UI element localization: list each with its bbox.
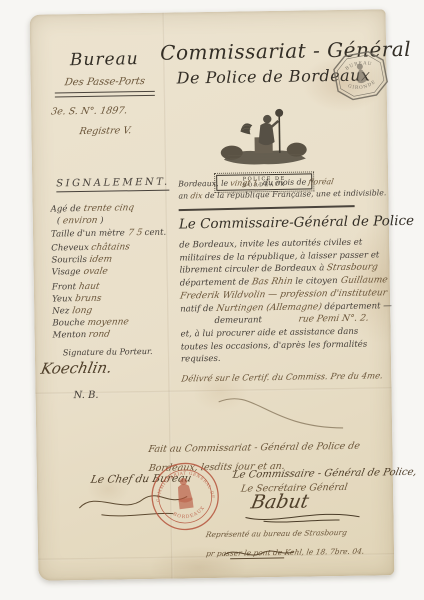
register-note: Registre V.: [79, 125, 133, 137]
row-suffix: cent.: [145, 228, 167, 238]
police-allegory-engraving-icon: [217, 106, 310, 167]
signalement-row-front: Front haut: [52, 282, 100, 293]
delivrance-note-handwritten: Délivré sur le Certif. du Commiss. Pre d…: [181, 371, 384, 384]
octagonal-ink-stamp: BUREAU GIRONDE: [330, 47, 392, 104]
body-line-1: de Bordeaux, invite les autorités civile…: [179, 238, 362, 251]
body-line-3: librement circuler de Bordeaux à: [180, 264, 325, 276]
body-heading: Le Commissaire-Général de Police: [179, 213, 393, 232]
address-handwritten: rue Pemi N°. 2.: [264, 313, 370, 327]
signalement-row-cheveux: Cheveux châtains: [51, 242, 130, 253]
row-suffix: ): [100, 216, 104, 226]
signalement-row-sourcils: Sourcils idem: [51, 255, 112, 266]
row-label: Nez: [52, 306, 69, 316]
dateline-line2: an dix de la république Française, une e…: [178, 187, 390, 202]
row-value-handwritten: haut: [78, 282, 100, 292]
firstname-handwritten: Guillaume: [339, 274, 388, 287]
porteur-signature-label: Signature du Porteur.: [63, 346, 153, 357]
document-paper: Bureau Des Passe-Ports 3e. S. N°. 1897. …: [30, 9, 395, 581]
row-value-handwritten: ovale: [82, 267, 108, 277]
dateline-prefix: Bordeaux, le: [178, 179, 228, 189]
row-value-handwritten: environ: [62, 216, 98, 227]
natif-label: natif de: [180, 303, 214, 314]
row-label: Cheveux: [51, 243, 89, 254]
row-value-handwritten: idem: [89, 255, 113, 265]
octagon-stamp-top-text: BUREAU: [344, 58, 374, 72]
row-label: Visage: [52, 267, 81, 277]
row-value-handwritten: 7 5: [127, 228, 143, 238]
endorsement-line-1: Représenté au bureau de Strasbourg: [205, 528, 348, 540]
section-divider-rule: [179, 205, 355, 211]
dateline-year-handwritten: dix: [190, 190, 204, 202]
dateline-mid: du mois de: [263, 178, 306, 188]
dateline-day-handwritten: vingt 1.: [230, 177, 262, 190]
departement-label: département —: [324, 301, 392, 312]
porteur-signature-handwritten: Koechlin.: [39, 359, 113, 378]
fait-line-1: Fait au Commissariat - Général de Police…: [147, 440, 361, 456]
signalement-row-taille: Taille d'un mètre 7 5 cent.: [51, 228, 166, 240]
departement-handwritten: Bas Rhin: [251, 276, 294, 289]
dateline-block: Bordeaux, le vingt 1. du mois de floréal…: [178, 175, 390, 202]
row-value-handwritten: long: [71, 306, 92, 316]
nota-bene-label: N. B.: [73, 390, 98, 401]
svg-text:BUREAU: BUREAU: [344, 58, 374, 72]
row-label: Yeux: [52, 294, 73, 304]
citoyen-label: le citoyen: [295, 276, 337, 287]
photo-background: Bureau Des Passe-Ports 3e. S. N°. 1897. …: [0, 0, 424, 600]
signalement-row-visage: Visage ovale: [52, 267, 108, 278]
dateline-an-label: an: [178, 191, 188, 200]
row-value-handwritten: châtains: [91, 242, 131, 253]
reference-number: 3e. S. N°. 1897.: [50, 105, 128, 117]
signalement-row-paren: ( environ ): [57, 216, 104, 227]
body-line-9: toutes les occasions, d'après les formal…: [181, 339, 368, 352]
row-label: Front: [52, 282, 76, 292]
pen-flourish-icon: [211, 392, 352, 436]
body-line-4: département de: [180, 278, 250, 289]
body-line-10: requises.: [181, 354, 221, 365]
octagon-stamp-icon: BUREAU GIRONDE: [330, 47, 392, 104]
commissaire-general-label: Le Commissaire - Général de Police,: [232, 467, 418, 481]
signalement-row-age: Agé de trente cinq: [51, 203, 134, 214]
row-label: (: [57, 216, 61, 226]
row-label: Sourcils: [51, 255, 87, 266]
bureau-underline: [55, 91, 155, 98]
row-value-handwritten: trente cinq: [83, 203, 135, 214]
dateline-suffix: de la république Française, une et indiv…: [205, 188, 386, 200]
signalement-row-yeux: Yeux bruns: [52, 294, 102, 305]
row-value-handwritten: rond: [88, 330, 111, 340]
signalement-heading: SIGNALEMENT.: [56, 177, 170, 193]
row-label: Agé de: [51, 204, 81, 214]
body-text-block: Le Commissaire-Général de Police de Bord…: [179, 213, 396, 385]
bureau-title: Bureau: [48, 49, 160, 71]
profession-handwritten: profession d'instituteur: [279, 287, 388, 301]
row-label: Taille d'un mètre: [51, 228, 125, 239]
body-line-8: et, à lui procurer aide et assistance da…: [181, 327, 359, 340]
bureau-subtitle: Des Passe-Ports: [64, 76, 146, 88]
signalement-row-bouche: Bouche moyenne: [52, 317, 129, 328]
demeurant-label: demeurant: [214, 315, 262, 326]
surname-handwritten: Frederik Wildvolin —: [179, 289, 278, 303]
signalement-row-nez: Nez long: [52, 306, 92, 317]
row-label: Menton: [53, 330, 87, 341]
row-label: Bouche: [52, 318, 85, 329]
row-value-handwritten: moyenne: [87, 317, 130, 328]
endorsement-signature-flourish: [220, 545, 300, 564]
signalement-row-menton: Menton rond: [53, 330, 111, 341]
row-value-handwritten: bruns: [74, 294, 102, 304]
destination-handwritten: Strasbourg: [326, 262, 379, 276]
bureau-block: Bureau Des Passe-Ports: [48, 49, 161, 98]
dateline-month-handwritten: floréal: [308, 176, 335, 188]
